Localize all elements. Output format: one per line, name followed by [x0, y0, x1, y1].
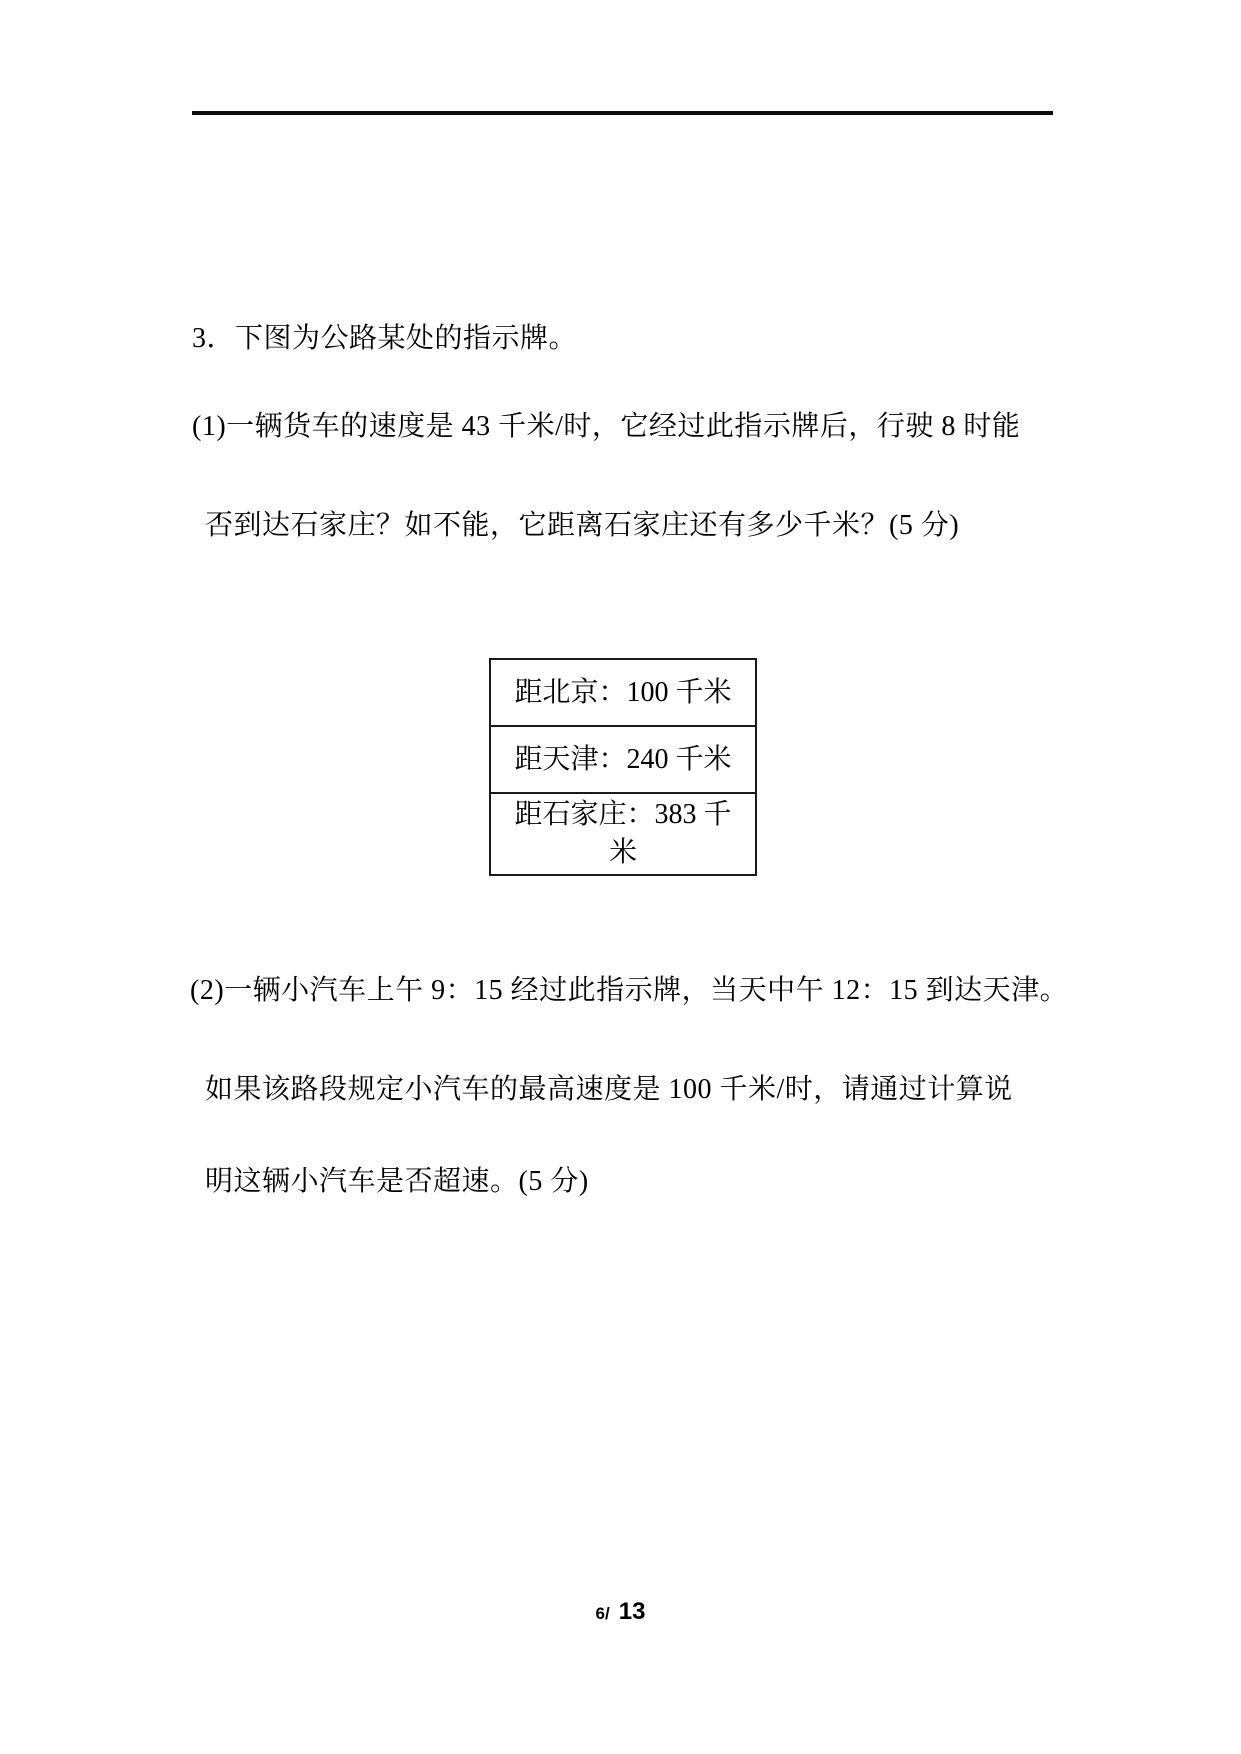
part1-text-line1: (1)一辆货车的速度是 43 千米/时，它经过此指示牌后，行驶 8 时能: [192, 410, 1020, 444]
sign-row-tianjin: 距天津：240 千米: [491, 727, 755, 794]
part2-text-line1: (2)一辆小汽车上午 9：15 经过此指示牌，当天中午 12：15 到达天津。: [190, 974, 1068, 1008]
footer-page-number: 6/: [596, 1604, 610, 1623]
header-rule: [192, 111, 1053, 115]
sign-row-beijing: 距北京：100 千米: [491, 660, 755, 727]
sign-row-shijiazhuang: 距石家庄：383 千米: [491, 794, 755, 874]
footer-page-total: 13: [619, 1598, 646, 1625]
road-sign-table: 距北京：100 千米 距天津：240 千米 距石家庄：383 千米: [489, 658, 757, 876]
page-footer: 6/13: [0, 1598, 1241, 1626]
part2-text-line3: 明这辆小汽车是否超速。(5 分): [205, 1165, 589, 1199]
question-3-heading: 3．下图为公路某处的指示牌。: [192, 322, 577, 356]
document-page: 3．下图为公路某处的指示牌。 (1)一辆货车的速度是 43 千米/时，它经过此指…: [0, 0, 1241, 1754]
part2-text-line2: 如果该路段规定小汽车的最高速度是 100 千米/时，请通过计算说: [205, 1073, 1013, 1107]
part1-text-line2: 否到达石家庄？如不能，它距离石家庄还有多少千米？(5 分): [205, 509, 959, 543]
